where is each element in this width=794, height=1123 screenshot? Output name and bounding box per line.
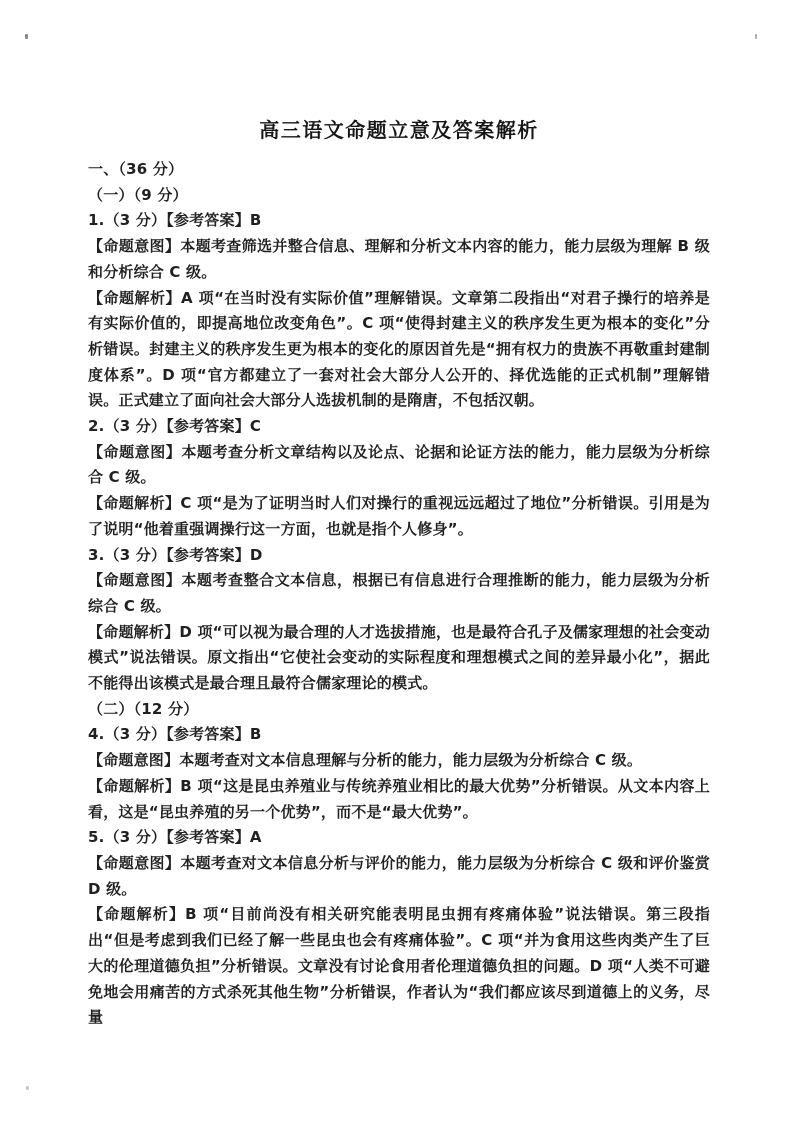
question-3-block: 3.（3 分）【参考答案】D 【命题意图】本题考查整合文本信息，根据已有信息进行… — [88, 543, 710, 697]
question-5-block: 5.（3 分）【参考答案】A 【命题意图】本题考查对文本信息分析与评价的能力，能… — [88, 825, 710, 1031]
document-title: 高三语文命题立意及答案解析 — [88, 116, 710, 144]
scan-speck — [26, 1086, 29, 1090]
scan-speck — [25, 34, 28, 39]
question-1-answer-line: 1.（3 分）【参考答案】B — [88, 208, 710, 234]
part-heading: 一、（36 分） — [88, 157, 710, 183]
question-3-answer-line: 3.（3 分）【参考答案】D — [88, 543, 710, 569]
question-1-block: 1.（3 分）【参考答案】B 【命题意图】本题考查筛选并整合信息、理解和分析文本… — [88, 208, 710, 414]
question-2-intent: 【命题意图】本题考查分析文章结构以及论点、论据和论证方法的能力，能力层级为分析综… — [88, 440, 710, 491]
question-5-answer-line: 5.（3 分）【参考答案】A — [88, 825, 710, 851]
question-2-block: 2.（3 分）【参考答案】C 【命题意图】本题考查分析文章结构以及论点、论据和论… — [88, 414, 710, 543]
question-2-analysis: 【命题解析】C 项“是为了证明当时人们对操行的重视远远超过了地位”分析错误。引用… — [88, 491, 710, 542]
question-3-analysis: 【命题解析】D 项“可以视为最合理的人才选拔措施，也是最符合孔子及儒家理想的社会… — [88, 620, 710, 697]
question-3-intent: 【命题意图】本题考查整合文本信息，根据已有信息进行合理推断的能力，能力层级为分析… — [88, 568, 710, 619]
question-4-analysis: 【命题解析】B 项“这是昆虫养殖业与传统养殖业相比的最大优势”分析错误。从文本内… — [88, 774, 710, 825]
question-1-analysis: 【命题解析】A 项“在当时没有实际价值”理解错误。文章第二段指出“对君子操行的培… — [88, 286, 710, 415]
question-4-block: 4.（3 分）【参考答案】B 【命题意图】本题考查对文本信息理解与分析的能力，能… — [88, 722, 710, 825]
question-2-answer-line: 2.（3 分）【参考答案】C — [88, 414, 710, 440]
question-1-intent: 【命题意图】本题考查筛选并整合信息、理解和分析文本内容的能力，能力层级为理解 B… — [88, 234, 710, 285]
subsection-1-heading: （一）（9 分） — [88, 183, 710, 209]
question-5-analysis: 【命题解析】B 项“目前尚没有相关研究能表明昆虫拥有疼痛体验”说法错误。第三段指… — [88, 902, 710, 1031]
document-page: 高三语文命题立意及答案解析 一、（36 分） （一）（9 分） 1.（3 分）【… — [0, 0, 794, 1123]
question-5-intent: 【命题意图】本题考查对文本信息分析与评价的能力，能力层级为分析综合 C 级和评价… — [88, 851, 710, 902]
scan-speck — [755, 34, 757, 39]
subsection-2-heading: （二）（12 分） — [88, 697, 710, 723]
question-4-answer-line: 4.（3 分）【参考答案】B — [88, 722, 710, 748]
question-4-intent: 【命题意图】本题考查对文本信息理解与分析的能力，能力层级为分析综合 C 级。 — [88, 748, 710, 774]
